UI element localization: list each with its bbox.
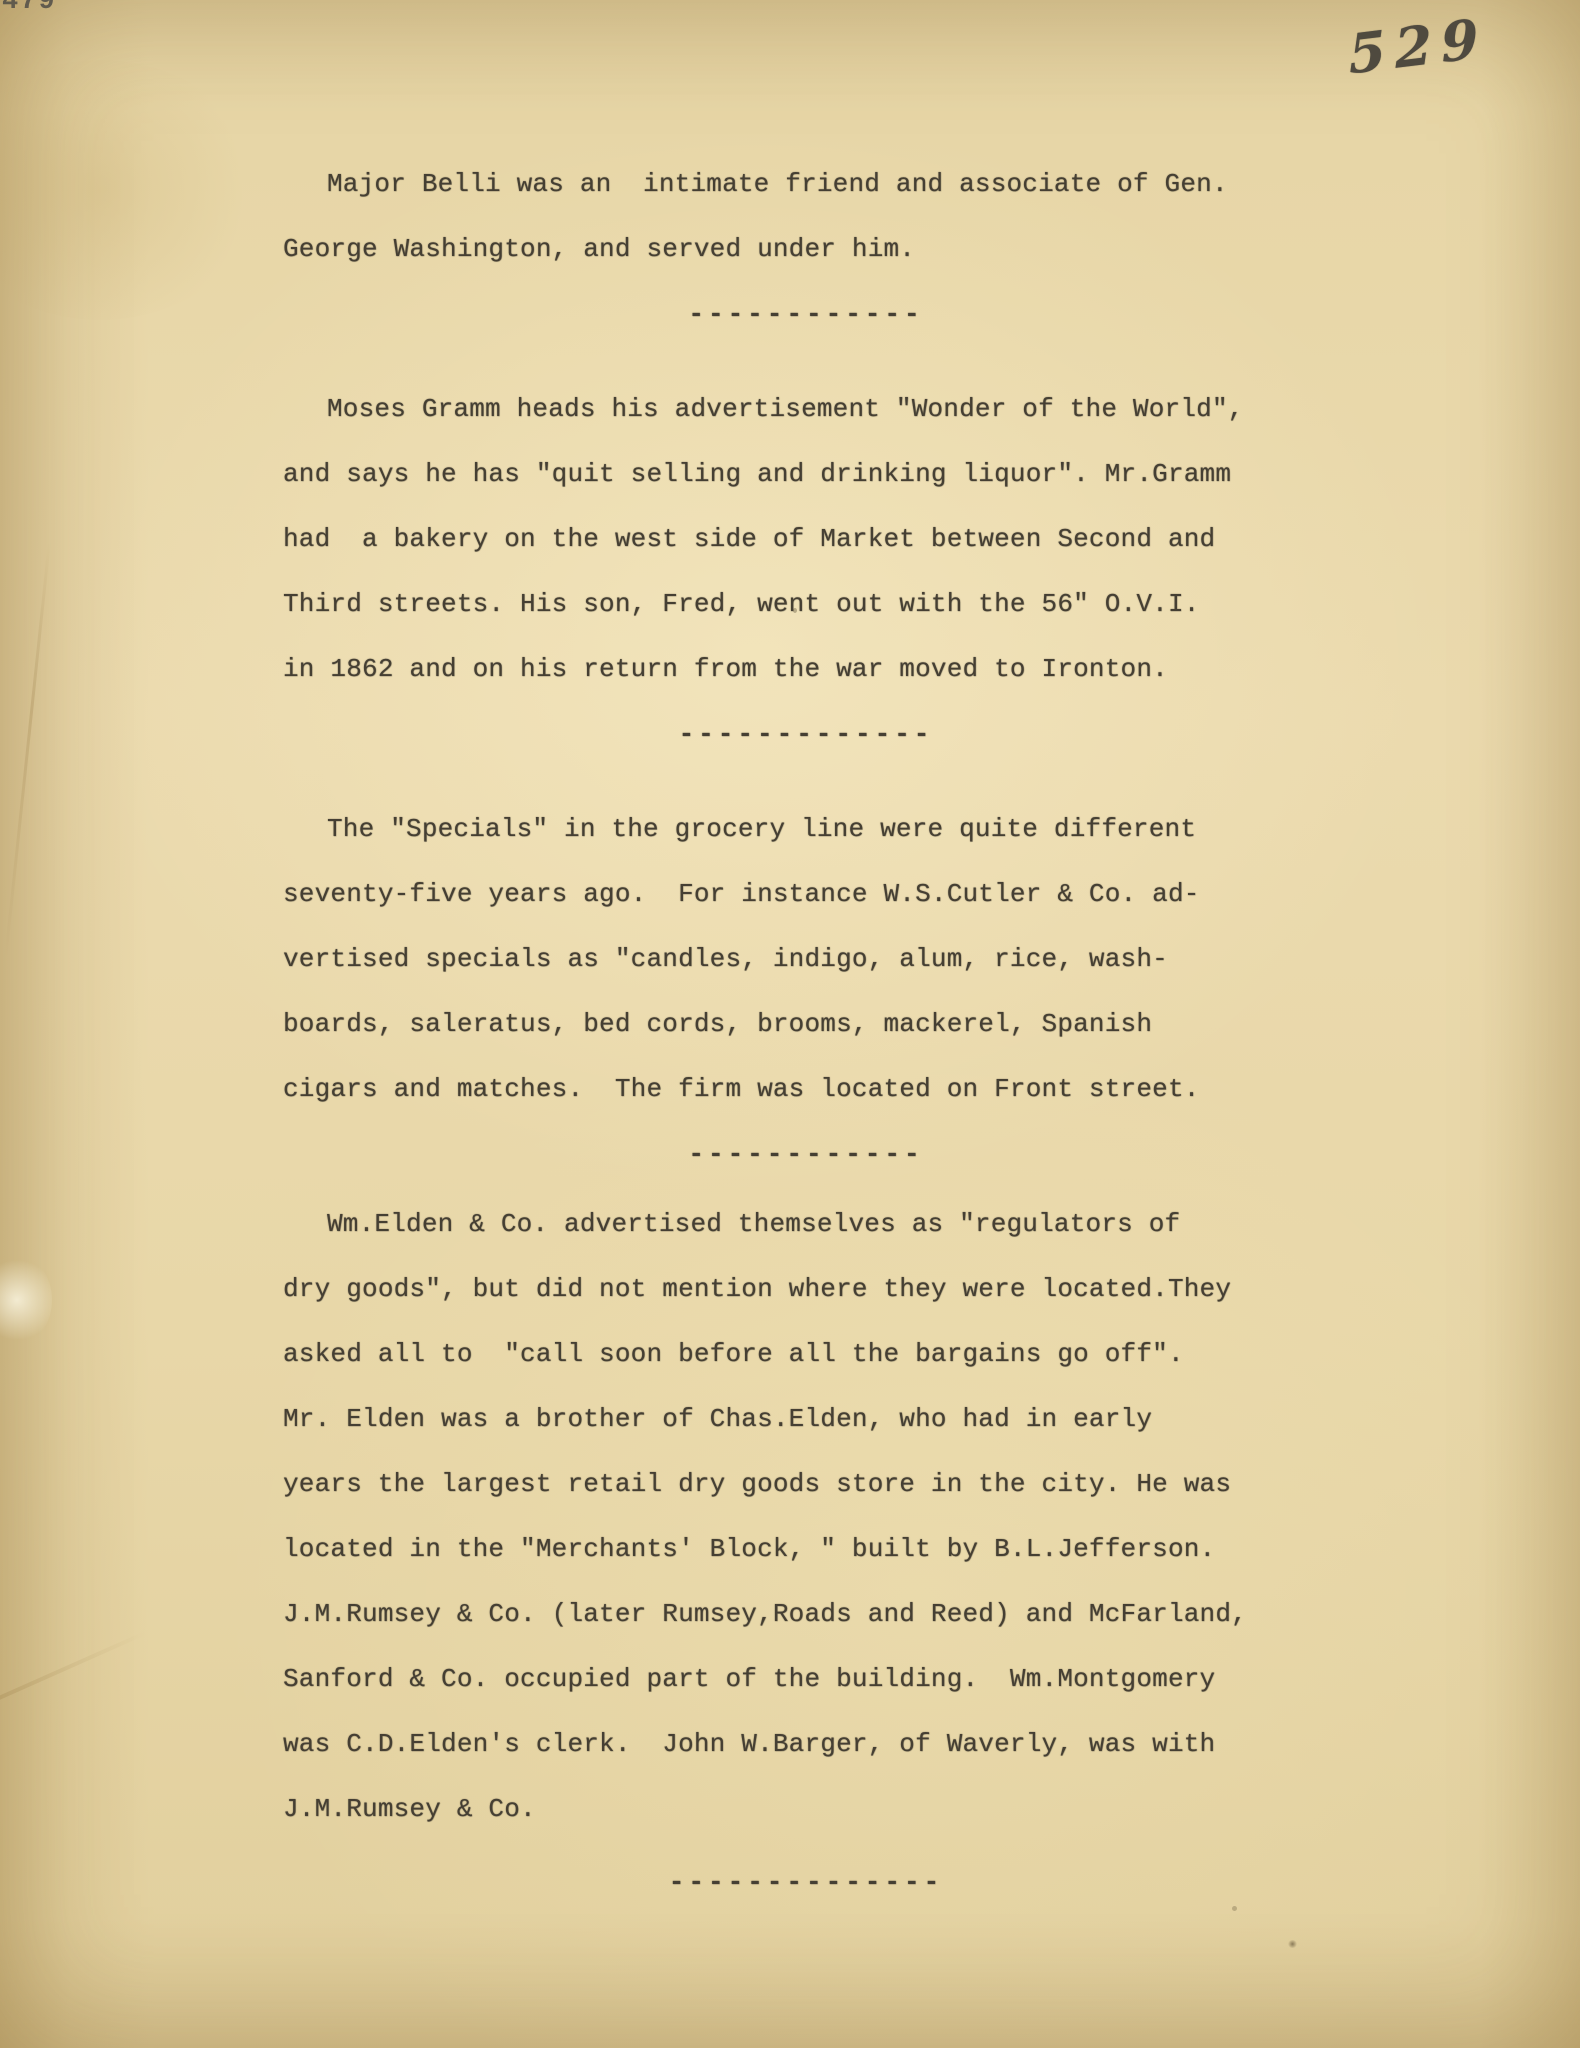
text-line: dry goods", but did not mention where th… — [283, 1257, 1273, 1322]
dashed-separator: ------------ — [311, 282, 1301, 347]
text-line: Mr. Elden was a brother of Chas.Elden, w… — [283, 1387, 1273, 1452]
ink-speck — [1288, 1940, 1297, 1948]
text-line: J.M.Rumsey & Co. — [283, 1777, 1273, 1842]
text-line: J.M.Rumsey & Co. (later Rumsey,Roads and… — [283, 1582, 1273, 1647]
text-line: vertised specials as "candles, indigo, a… — [283, 927, 1273, 992]
dashed-separator: -------------- — [311, 1850, 1301, 1915]
paragraph-grocery-specials: The "Specials" in the grocery line were … — [283, 797, 1273, 1122]
text-line: in 1862 and on his return from the war m… — [283, 637, 1273, 702]
text-line: Wm.Elden & Co. advertised themselves as … — [283, 1192, 1273, 1257]
paper-stain — [0, 60, 260, 320]
paragraph-major-belli: Major Belli was an intimate friend and a… — [283, 152, 1273, 282]
text-line: seventy-five years ago. For instance W.S… — [283, 862, 1273, 927]
scanned-document-page: 479 529 Major Belli was an intimate frie… — [0, 0, 1580, 2048]
text-line: years the largest retail dry goods store… — [283, 1452, 1273, 1517]
paper-worn-spot — [0, 1255, 52, 1345]
dashed-separator: ------------ — [311, 1122, 1301, 1187]
paragraph-moses-gramm: Moses Gramm heads his advertisement "Won… — [283, 377, 1273, 702]
dashed-separator: ------------- — [311, 702, 1301, 767]
text-line: cigars and matches. The firm was located… — [283, 1057, 1273, 1122]
text-line: located in the "Merchants' Block, " buil… — [283, 1517, 1273, 1582]
text-line: had a bakery on the west side of Market … — [283, 507, 1273, 572]
text-line: The "Specials" in the grocery line were … — [283, 797, 1273, 862]
typewritten-text: Major Belli was an intimate friend and a… — [283, 152, 1273, 1915]
text-line: Moses Gramm heads his advertisement "Won… — [283, 377, 1273, 442]
text-line: and says he has "quit selling and drinki… — [283, 442, 1273, 507]
paragraph-wm-elden: Wm.Elden & Co. advertised themselves as … — [283, 1192, 1273, 1842]
paper-crease — [0, 1624, 163, 1701]
text-line: George Washington, and served under him. — [283, 217, 1273, 282]
text-line: was C.D.Elden's clerk. John W.Barger, of… — [283, 1712, 1273, 1777]
text-line: asked all to "call soon before all the b… — [283, 1322, 1273, 1387]
text-line: Third streets. His son, Fred, went out w… — [283, 572, 1273, 637]
archive-number: 479 — [2, 0, 57, 17]
text-line: boards, saleratus, bed cords, brooms, ma… — [283, 992, 1273, 1057]
text-line: Major Belli was an intimate friend and a… — [283, 152, 1273, 217]
paper-crease — [4, 541, 51, 959]
text-line: Sanford & Co. occupied part of the build… — [283, 1647, 1273, 1712]
handwritten-page-number: 529 — [1347, 5, 1489, 86]
